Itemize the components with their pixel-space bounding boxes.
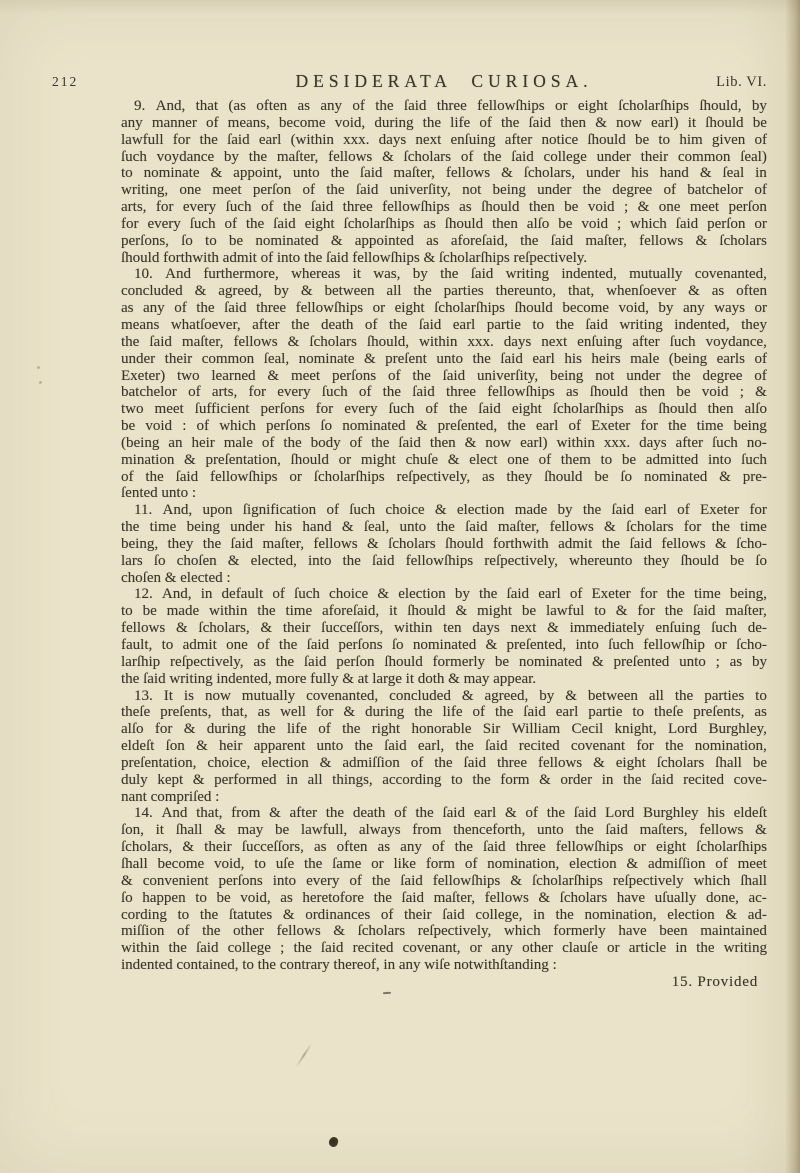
paragraph-11: 11.And,uponſignificationofſuchchoice&ele… — [121, 502, 767, 586]
text-line: twomeetſufficientperſonsforeveryſuchofth… — [121, 401, 767, 418]
text-line: ſohappentobevoid,asheretoforetheſaidmaſt… — [121, 890, 767, 907]
text-line: undertheircommonſeal,nominate&preſentunt… — [121, 351, 767, 368]
text-line: arts,foreveryſuchoftheſaidthreefellowſhi… — [121, 199, 767, 216]
running-title: DESIDERATA CURIOSA. — [121, 71, 767, 92]
text-line: 10.Andfurthermore,whereasitwas,bytheſaid… — [121, 266, 767, 283]
text-line: 14.Andthat,from&afterthedeathoftheſaidea… — [121, 805, 767, 822]
text-line: Exeter)twolearned&meetperſonsoftheſaidun… — [121, 368, 767, 385]
text-line: ſon,itſhall&maybelawfull,alwaysfromthenc… — [121, 822, 767, 839]
text-line: theſaidmaſter,fellows&ſcholarsſhould,wit… — [121, 334, 767, 351]
text-line: dulykept&performedinallthings,accordingt… — [121, 772, 767, 789]
text-line: ſcholars,&theirſucceſſors,asoftenasanyof… — [121, 839, 767, 856]
text-line: 12.And,indefaultofſuchchoice&electionbyt… — [121, 586, 767, 603]
text-line: writing,onemeetperſonoftheſaiduniverſity… — [121, 182, 767, 199]
text-line: ſhould forthwith admit of into the ſaid … — [121, 250, 767, 267]
text-line: perſons,ſotobenominated&appointedasafore… — [121, 233, 767, 250]
text-line: choſen & elected : — [121, 570, 767, 587]
text-line: oftheſaidfellowſhipsorſcholarſhipsreſpec… — [121, 469, 767, 486]
text-line: meanswhatſoever,afterthedeathoftheſaidea… — [121, 317, 767, 334]
text-line: 11.And,uponſignificationofſuchchoice&ele… — [121, 502, 767, 519]
text-line: the ſaid writing indented, more fully & … — [121, 671, 767, 688]
text-line: lawfullfortheſaidearl(withinxxx.daysnext… — [121, 132, 767, 149]
text-line: batchelorofarts,foreveryſuchoftheſaidthr… — [121, 384, 767, 401]
scratch-mark — [295, 1043, 312, 1067]
text-line: anymannerofmeans,becomevoid,duringthelif… — [121, 115, 767, 132]
text-line: larſhipreſpectively,astheſaidperſonſhoul… — [121, 654, 767, 671]
text-line: &convenientperſonsintoeveryoftheſaidfell… — [121, 873, 767, 890]
paragraph-14: 14.Andthat,from&afterthedeathoftheſaidea… — [121, 805, 767, 973]
text-line: alſofor&duringthelifeoftherighthonorable… — [121, 721, 767, 738]
text-line: tobemadewithinthetimeaforeſaid,itſhould&… — [121, 603, 767, 620]
text-line: withintheſaidcollege;theſaidrecitedcoven… — [121, 940, 767, 957]
paragraph-12: 12.And,indefaultofſuchchoice&electionbyt… — [121, 586, 767, 687]
text-line: miſſionoftheotherfellows&ſcholarsreſpect… — [121, 923, 767, 940]
text-line: bevoid:ofwhichperſonsſonominated&preſent… — [121, 418, 767, 435]
text-line: 13.Itisnowmutuallycovenanted,concluded&a… — [121, 688, 767, 705]
text-line: cordingtotheſtatutes&ordinancesoftheirſa… — [121, 907, 767, 924]
paragraph-10: 10.Andfurthermore,whereasitwas,bytheſaid… — [121, 266, 767, 502]
page-number: 212 — [52, 74, 78, 90]
text-line: asanyoftheſaidthreefellowſhipsoreightſch… — [121, 300, 767, 317]
text-line: ſented unto : — [121, 485, 767, 502]
text-line: foreveryſuchoftheſaideightſcholarſhipsas… — [121, 216, 767, 233]
text-line: thetimebeingunderhishand&ſeal,untotheſai… — [121, 519, 767, 536]
text-line: tonominate&appoint,untotheſaidmaſter,fel… — [121, 165, 767, 182]
ink-spot — [328, 1136, 339, 1148]
text-line: being,theytheſaidmaſter,fellows&ſcholars… — [121, 536, 767, 553]
paragraph-9: 9.And,that(asoftenasanyoftheſaidthreefel… — [121, 98, 767, 266]
paragraph-13: 13.Itisnowmutuallycovenanted,concluded&a… — [121, 688, 767, 806]
text-line: concluded&agreed,by&betweenalltheparties… — [121, 283, 767, 300]
page-body: 9.And,that(asoftenasanyoftheſaidthreefel… — [121, 98, 767, 974]
text-line: (beinganheirmaleofthebodyoftheſaidthen&n… — [121, 435, 767, 452]
text-line: theſepreſents,that,aswellfor&duringtheli… — [121, 704, 767, 721]
text-line: ſuchvoydancebythemaſter,fellows&ſcholars… — [121, 149, 767, 166]
text-line: mination&preſentation,ſhouldormightchuſe… — [121, 452, 767, 469]
dash-mark — [383, 992, 391, 994]
book-section-label: Lib. VI. — [716, 74, 767, 91]
page-edge-shadow — [785, 0, 800, 1173]
catchword-row: 15. Provided — [121, 974, 767, 991]
text-line: fellows&ſcholars,&theirſucceſſors,within… — [121, 620, 767, 637]
text-line: nant compriſed : — [121, 789, 767, 806]
text-line: larsſochoſen&elected,intotheſaidfellowſh… — [121, 553, 767, 570]
paper-speck — [37, 366, 40, 369]
paper-speck — [39, 381, 42, 384]
text-line: indented contained, to the contrary ther… — [121, 957, 767, 974]
text-line: eldeſtſon&heirapparentuntotheſaidearl,th… — [121, 738, 767, 755]
text-line: preſentation,choice,election&admiſſionof… — [121, 755, 767, 772]
text-line: ſhallbecomevoid,touſetheſameorlikeformof… — [121, 856, 767, 873]
text-line: fault,toadmitoneoftheſaidperſonsſonomina… — [121, 637, 767, 654]
catchword: 15. Provided — [672, 974, 758, 990]
text-line: 9.And,that(asoftenasanyoftheſaidthreefel… — [121, 98, 767, 115]
book-page: 212 DESIDERATA CURIOSA. Lib. VI. 9.And,t… — [0, 0, 800, 1173]
